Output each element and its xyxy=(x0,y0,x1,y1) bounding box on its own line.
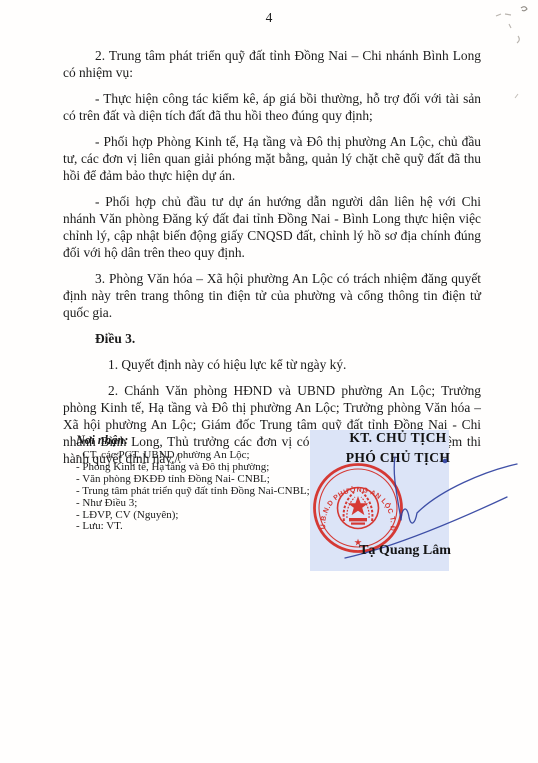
signature-ink-dot xyxy=(443,459,448,464)
paragraph: - Phối hợp chủ đầu tư dự án hướng dẫn ng… xyxy=(63,193,481,261)
document-body: 2. Trung tâm phát triển quỹ đất tỉnh Đồn… xyxy=(63,47,481,476)
recipients-block: Nơi nhận: - CT, các PCT. UBND phường An … xyxy=(76,433,326,533)
recipients-list: - CT, các PCT. UBND phường An Lộc; - Phò… xyxy=(76,450,326,533)
paragraph: 2. Trung tâm phát triển quỹ đất tỉnh Đồn… xyxy=(63,47,481,81)
page-number: 4 xyxy=(0,10,538,26)
paragraph: - Phối hợp Phòng Kinh tế, Hạ tầng và Đô … xyxy=(63,133,481,184)
scan-artifact-marks xyxy=(488,2,536,102)
recipient-item: - Văn phòng ĐKĐĐ tỉnh Đồng Nai- CNBL; xyxy=(76,474,326,486)
document-page: 4 2. Trung tâm phát triển quỹ đất tỉnh Đ… xyxy=(0,0,538,763)
article-item: 1. Quyết định này có hiệu lực kể từ ngày… xyxy=(63,356,481,373)
signer-name: Tạ Quang Lâm xyxy=(334,543,476,559)
recipients-label: Nơi nhận: xyxy=(76,433,326,448)
recipient-item: - Như Điều 3; xyxy=(76,498,326,510)
recipient-item: - Trung tâm phát triển quỹ đất tỉnh Đồng… xyxy=(76,486,326,498)
paragraph: - Thực hiện công tác kiểm kê, áp giá bồi… xyxy=(63,90,481,124)
recipient-item: - Lưu: VT. xyxy=(76,521,326,533)
paragraph: 3. Phòng Văn hóa – Xã hội phường An Lộc … xyxy=(63,270,481,321)
article-heading: Điều 3. xyxy=(63,330,481,347)
